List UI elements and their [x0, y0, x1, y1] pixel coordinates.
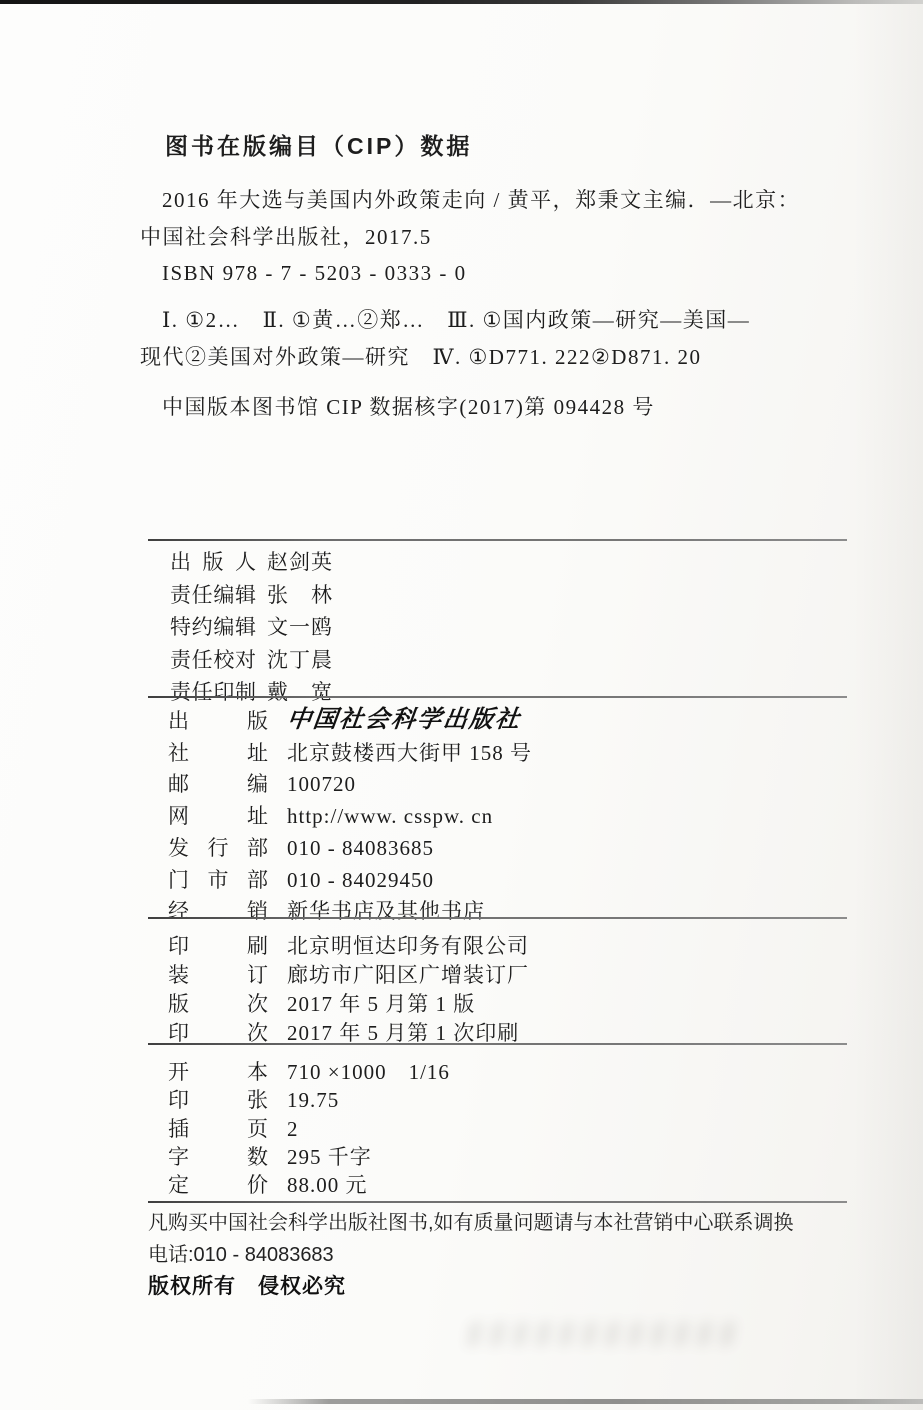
printing-label: 装订	[168, 961, 268, 990]
cip-class-line-1: Ⅰ. ①2… Ⅱ. ①黄…②郑… Ⅲ. ①国内政策—研究—美国—	[140, 302, 750, 339]
cip-record-line-2: 中国社会科学出版社，2017.5	[140, 219, 800, 256]
printing-row: 印刷 北京明恒达印务有限公司	[168, 932, 529, 961]
publication-label: 邮编	[168, 769, 268, 801]
format-label: 开本	[168, 1058, 268, 1086]
printing-row: 版次 2017 年 5 月第 1 版	[168, 990, 529, 1019]
cip-record-block: 2016 年大选与美国内外政策走向 / 黄平，郑秉文主编．—北京： 中国社会科学…	[140, 182, 800, 292]
format-row: 插页 2	[168, 1115, 450, 1143]
credit-value: 张 林	[267, 579, 333, 612]
publication-row: 发行部 010 - 84083685	[168, 833, 532, 865]
copyright-statement: 版权所有 侵权必究	[148, 1271, 794, 1303]
credit-row: 责任编辑 张 林	[170, 579, 333, 612]
cip-class-line-2: 现代②美国对外政策—研究 Ⅳ. ①D771. 222②D871. 20	[140, 339, 750, 376]
publication-value: 010 - 84029450	[287, 865, 434, 897]
service-phone-line: 电话:010 - 84083683	[148, 1240, 794, 1272]
publication-label: 社址	[168, 738, 268, 770]
publication-value: 新华书店及其他书店	[287, 896, 485, 928]
credit-row: 特约编辑 文一鸥	[170, 611, 333, 644]
format-value: 295 千字	[287, 1143, 372, 1171]
divider	[148, 539, 847, 541]
format-row: 开本 710 ×1000 1/16	[168, 1058, 450, 1086]
isbn-line: ISBN 978 - 7 - 5203 - 0333 - 0	[140, 255, 800, 292]
cip-header: 图书在版编目（CIP）数据	[165, 131, 472, 161]
publication-row: 网址 http://www. csspw. cn	[168, 801, 532, 833]
ink-bleed-artifact	[466, 1322, 739, 1346]
credit-value: 沈丁晨	[267, 644, 333, 677]
format-label: 定价	[168, 1171, 268, 1199]
credit-row: 责任校对 沈丁晨	[170, 644, 333, 677]
publication-label: 网址	[168, 801, 268, 833]
printing-info-section: 印刷 北京明恒达印务有限公司 装订 廊坊市广阳区广增装订厂 版次 2017 年 …	[168, 932, 529, 1048]
scan-edge-top-artifact	[0, 0, 923, 4]
publication-value: 010 - 84083685	[287, 833, 434, 865]
publication-value: 100720	[287, 769, 356, 801]
credit-value: 戴 宽	[267, 676, 333, 709]
format-row: 定价 88.00 元	[168, 1171, 450, 1199]
page-right-shading	[853, 0, 923, 1410]
printing-value: 北京明恒达印务有限公司	[287, 932, 529, 961]
printing-label: 印刷	[168, 932, 268, 961]
cip-registry-note: 中国版本图书馆 CIP 数据核字(2017)第 094428 号	[140, 389, 655, 426]
credit-row: 出版人 赵剑英	[170, 546, 333, 579]
credit-row: 责任印制 戴 宽	[170, 676, 333, 709]
credit-label: 责任编辑	[170, 579, 256, 612]
publication-label: 发行部	[168, 833, 268, 865]
publisher-website-url: http://www. csspw. cn	[287, 801, 493, 833]
staff-credits-section: 出版人 赵剑英 责任编辑 张 林 特约编辑 文一鸥 责任校对 沈丁晨 责任印制 …	[170, 546, 333, 709]
publication-row: 邮编 100720	[168, 769, 532, 801]
quality-notice-line: 凡购买中国社会科学出版社图书,如有质量问题请与本社营销中心联系调换	[148, 1208, 794, 1240]
printing-row: 装订 廊坊市广阳区广增装订厂	[168, 961, 529, 990]
cip-classification-block: Ⅰ. ①2… Ⅱ. ①黄…②郑… Ⅲ. ①国内政策—研究—美国— 现代②美国对外…	[140, 302, 750, 376]
divider	[148, 917, 847, 919]
format-label: 字数	[168, 1143, 268, 1171]
book-colophon-page: 图书在版编目（CIP）数据 2016 年大选与美国内外政策走向 / 黄平，郑秉文…	[0, 0, 923, 1410]
price-value: 88.00 元	[287, 1171, 368, 1199]
format-value: 710 ×1000 1/16	[287, 1058, 450, 1086]
format-value: 2	[287, 1115, 299, 1143]
publication-row: 门市部 010 - 84029450	[168, 865, 532, 897]
format-info-section: 开本 710 ×1000 1/16 印张 19.75 插页 2 字数 295 千…	[168, 1058, 450, 1199]
credit-label: 出版人	[170, 546, 256, 579]
credit-value: 赵剑英	[267, 546, 333, 579]
purchase-notice-block: 凡购买中国社会科学出版社图书,如有质量问题请与本社营销中心联系调换 电话:010…	[148, 1208, 794, 1303]
divider	[148, 1043, 847, 1045]
scan-edge-bottom-artifact	[248, 1399, 923, 1404]
publication-info-section: 出版 中国社会科学出版社 社址 北京鼓楼西大街甲 158 号 邮编 100720…	[168, 706, 532, 928]
publisher-logo-script: 中国社会科学出版社	[285, 705, 523, 737]
publication-label: 门市部	[168, 865, 268, 897]
format-row: 印张 19.75	[168, 1086, 450, 1114]
format-value: 19.75	[287, 1086, 339, 1114]
printing-value: 廊坊市广阳区广增装订厂	[287, 961, 529, 990]
format-label: 插页	[168, 1115, 268, 1143]
divider	[148, 696, 847, 698]
publication-label: 出版	[168, 706, 268, 738]
format-row: 字数 295 千字	[168, 1143, 450, 1171]
publication-label: 经销	[168, 896, 268, 928]
credit-label: 责任校对	[170, 644, 256, 677]
credit-label: 特约编辑	[170, 611, 256, 644]
publication-value: 北京鼓楼西大街甲 158 号	[287, 738, 532, 770]
publication-row: 出版 中国社会科学出版社	[168, 706, 532, 738]
printing-label: 版次	[168, 990, 268, 1019]
credit-label: 责任印制	[170, 676, 256, 709]
credit-value: 文一鸥	[267, 611, 333, 644]
publication-row: 经销 新华书店及其他书店	[168, 896, 532, 928]
divider	[148, 1201, 847, 1203]
printing-value: 2017 年 5 月第 1 版	[287, 990, 475, 1019]
publication-row: 社址 北京鼓楼西大街甲 158 号	[168, 738, 532, 770]
cip-record-line-1: 2016 年大选与美国内外政策走向 / 黄平，郑秉文主编．—北京：	[140, 182, 800, 219]
format-label: 印张	[168, 1086, 268, 1114]
